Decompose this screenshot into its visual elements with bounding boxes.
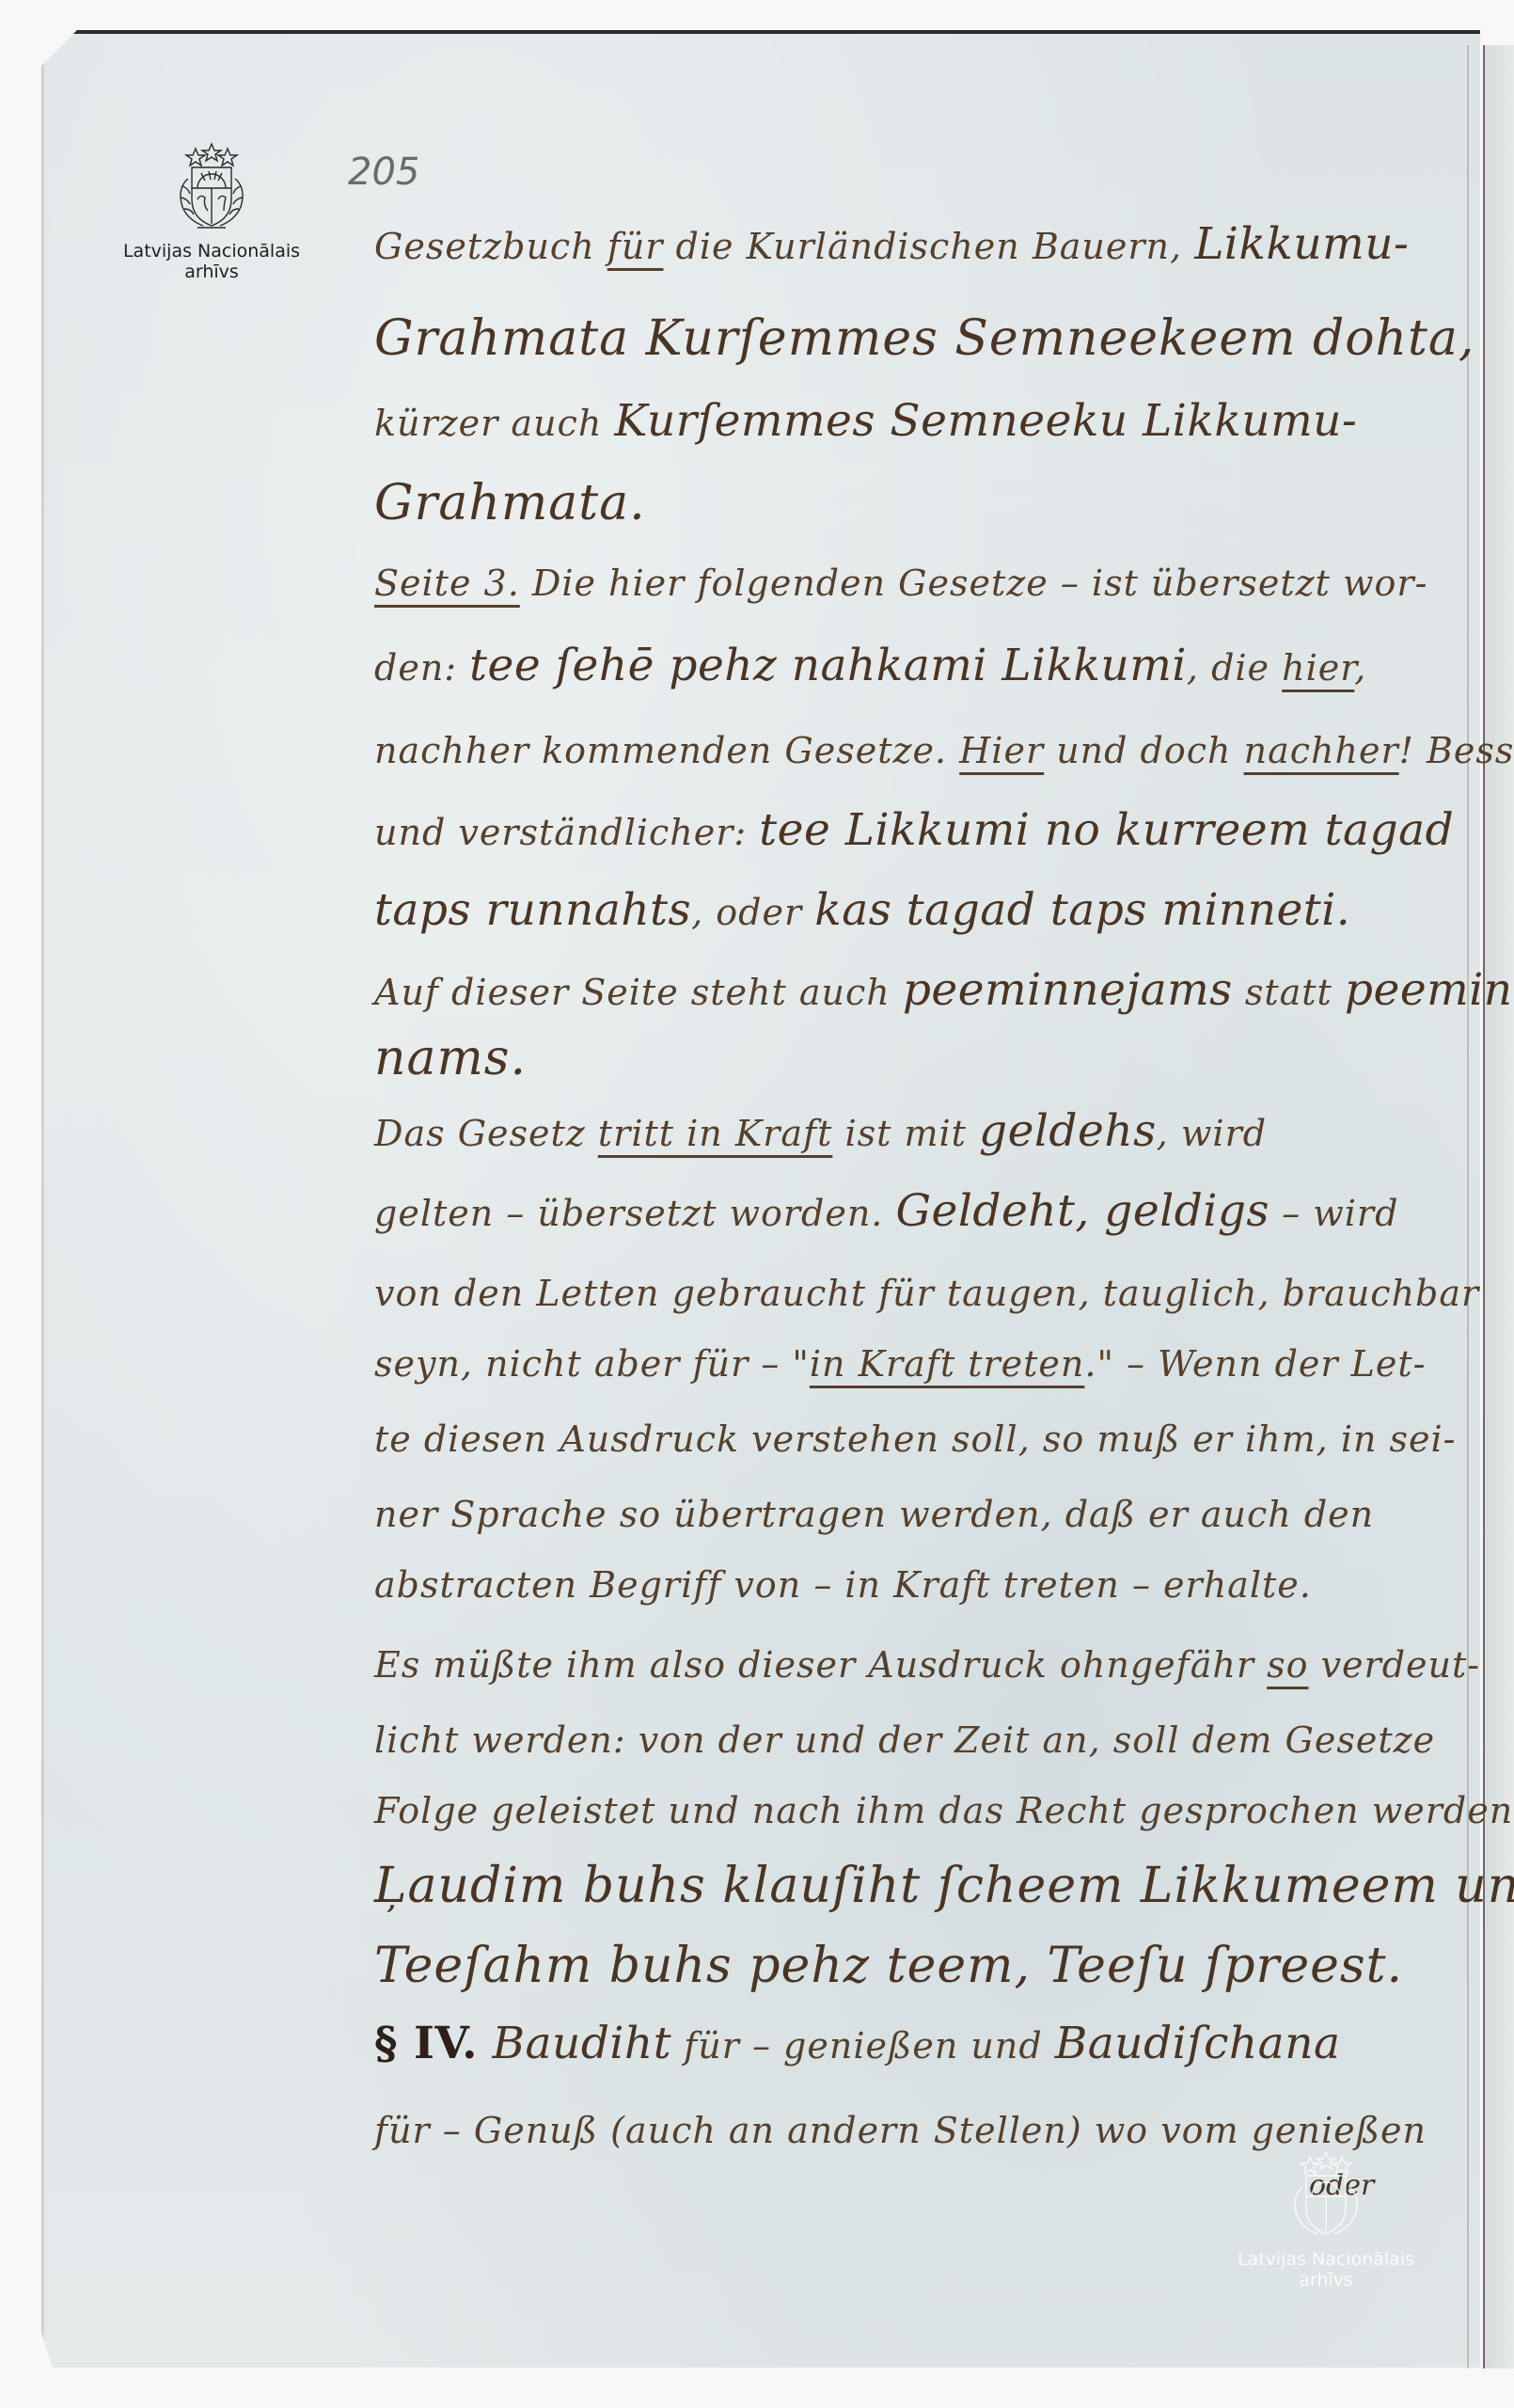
manuscript-line: Es müßte ihm also dieser Ausdruck ohngef… xyxy=(374,1637,1480,1688)
german-text: und verständlicher: xyxy=(374,812,759,853)
latvian-text: kas tagad taps minneti. xyxy=(814,884,1350,936)
german-text: , die xyxy=(1187,647,1282,689)
latvian-text: geldehs xyxy=(979,1105,1157,1157)
underlined-german-text: nachher xyxy=(1244,730,1399,771)
manuscript-line: § IV. Baudiht für – genießen und Baudiſc… xyxy=(374,2018,1341,2069)
german-text: , oder xyxy=(691,892,814,933)
german-text: nachher kommenden Gesetze. xyxy=(374,730,959,771)
manuscript-line: Das Gesetz tritt in Kraft ist mit geldeh… xyxy=(374,1105,1267,1157)
manuscript-line: Grahmata Kurſemmes Semneekeem dohta, xyxy=(374,310,1475,367)
latvian-text: tee Likkumi no kurreem tagad xyxy=(759,804,1454,856)
german-text: und doch xyxy=(1044,730,1243,771)
underlined-german-text: Hier xyxy=(959,730,1044,771)
german-text: für – Genuß (auch an andern Stellen) wo … xyxy=(374,2110,1427,2151)
underlined-german-text: tritt in Kraft xyxy=(598,1113,832,1154)
german-text: die Kurländischen Bauern, xyxy=(663,226,1194,267)
manuscript-line: den: tee ſehē pehz nahkami Likkumi, die … xyxy=(374,640,1366,691)
german-text: ist mit xyxy=(832,1113,979,1154)
latvian-text: Teeſahm buhs pehz teem, Teeſu ſpreest. xyxy=(374,1938,1403,1994)
german-text: ." – Wenn der Let- xyxy=(1084,1343,1426,1385)
manuscript-line: licht werden: von der und der Zeit an, s… xyxy=(374,1712,1435,1764)
manuscript-line: Gesetzbuch für die Kurländischen Bauern,… xyxy=(374,218,1409,270)
latvian-text: Likkumu- xyxy=(1194,218,1409,270)
german-text: ! Besser xyxy=(1399,730,1514,771)
german-text: seyn, nicht aber für – " xyxy=(374,1343,810,1385)
manuscript-line: von den Letten gebraucht für taugen, tau… xyxy=(374,1265,1479,1317)
german-text: Folge geleistet und nach ihm das Recht g… xyxy=(374,1790,1514,1831)
german-text: kürzer auch xyxy=(374,403,614,444)
german-text: Auf dieser Seite steht auch xyxy=(374,972,903,1013)
german-text: Gesetzbuch xyxy=(374,226,607,267)
manuscript-line: Ļaudim buhs klauſiht ſcheem Likkumeem un xyxy=(374,1858,1514,1914)
manuscript-line: ner Sprache so übertragen werden, daß er… xyxy=(374,1486,1374,1538)
german-text: licht werden: von der und der Zeit an, s… xyxy=(374,1719,1435,1761)
manuscript-line: gelten – übersetzt worden. Geldeht, geld… xyxy=(374,1185,1398,1237)
german-text: verdeut- xyxy=(1309,1644,1481,1686)
manuscript-line: seyn, nicht aber für – "in Kraft treten.… xyxy=(374,1336,1426,1387)
manuscript-line: nachher kommenden Gesetze. Hier und doch… xyxy=(374,722,1514,774)
latvian-text: taps runnahts xyxy=(374,884,691,936)
latvian-text: Geldeht, geldigs xyxy=(895,1185,1270,1237)
manuscript-line: und verständlicher: tee Likkumi no kurre… xyxy=(374,804,1454,856)
german-text: für – genießen und xyxy=(671,2025,1055,2067)
latvian-text: Grahmata Kurſemmes Semneekeem dohta, xyxy=(374,310,1475,367)
manuscript-line: Folge geleistet und nach ihm das Recht g… xyxy=(374,1782,1514,1834)
german-text: statt xyxy=(1233,972,1345,1013)
latvian-text: Baudiſchana xyxy=(1055,2018,1341,2069)
section-number: § IV. xyxy=(374,2018,478,2069)
manuscript-line: te diesen Ausdruck verstehen soll, so mu… xyxy=(374,1411,1457,1463)
german-text: Das Gesetz xyxy=(374,1113,598,1154)
german-text: , wird xyxy=(1157,1113,1267,1154)
latvian-text: Kurſemmes Semneeku Likkumu- xyxy=(614,395,1357,447)
scanned-document: Latvijas Nacionālais arhīvs 205 Gesetzbu… xyxy=(0,0,1514,2408)
german-text: ner Sprache so übertragen werden, daß er… xyxy=(374,1494,1374,1535)
german-text: Die hier folgenden Gesetze – ist überset… xyxy=(520,562,1428,604)
latvian-text: Grahmata. xyxy=(374,475,646,531)
latvian-text: tee ſehē pehz nahkami Likkumi xyxy=(469,640,1187,691)
german-text: – wird xyxy=(1270,1193,1398,1234)
manuscript-text: 205 Gesetzbuch für die Kurländischen Bau… xyxy=(0,0,1514,2408)
archive-watermark-bottom: Latvijas Nacionālais arhīvs xyxy=(1222,2149,1429,2290)
german-text: Es müßte ihm also dieser Ausdruck ohngef… xyxy=(374,1644,1267,1686)
underlined-german-text: Seite 3. xyxy=(374,562,520,604)
folio-number: 205 xyxy=(348,150,419,194)
manuscript-line: kürzer auch Kurſemmes Semneeku Likkumu- xyxy=(374,395,1357,447)
german-text: den: xyxy=(374,647,469,689)
manuscript-line: Auf dieser Seite steht auch peeminnejams… xyxy=(374,964,1514,1016)
german-text: von den Letten gebraucht für taugen, tau… xyxy=(374,1273,1479,1314)
latvian-text: nams. xyxy=(374,1030,527,1086)
underlined-german-text: hier xyxy=(1282,647,1354,689)
underlined-german-text: so xyxy=(1267,1644,1308,1686)
german-text: abstracten Begriff von – in Kraft treten… xyxy=(374,1564,1312,1606)
manuscript-line: abstracten Begriff von – in Kraft treten… xyxy=(374,1557,1312,1608)
latvian-text: peeminnejams xyxy=(903,964,1233,1016)
latvia-coat-of-arms-icon xyxy=(1274,2149,1378,2243)
german-text: te diesen Ausdruck verstehen soll, so mu… xyxy=(374,1418,1457,1460)
latvian-text: Baudiht xyxy=(478,2018,671,2069)
manuscript-line: Teeſahm buhs pehz teem, Teeſu ſpreest. xyxy=(374,1938,1403,1994)
manuscript-line: nams. xyxy=(374,1030,527,1086)
manuscript-line: taps runnahts, oder kas tagad taps minne… xyxy=(374,884,1350,936)
archive-name-line1: Latvijas Nacionālais xyxy=(1222,2249,1429,2270)
german-text: , xyxy=(1354,647,1366,689)
latvian-text: Ļaudim buhs klauſiht ſcheem Likkumeem un xyxy=(374,1858,1514,1914)
underlined-german-text: in Kraft treten xyxy=(810,1343,1085,1385)
german-text: gelten – übersetzt worden. xyxy=(374,1193,895,1234)
manuscript-line: Seite 3. Die hier folgenden Gesetze – is… xyxy=(374,555,1427,607)
latvian-text: peemin- xyxy=(1345,964,1514,1016)
underlined-german-text: für xyxy=(607,226,664,267)
manuscript-line: Grahmata. xyxy=(374,475,646,531)
archive-name-line2: arhīvs xyxy=(1222,2270,1429,2290)
manuscript-line: für – Genuß (auch an andern Stellen) wo … xyxy=(374,2102,1427,2154)
